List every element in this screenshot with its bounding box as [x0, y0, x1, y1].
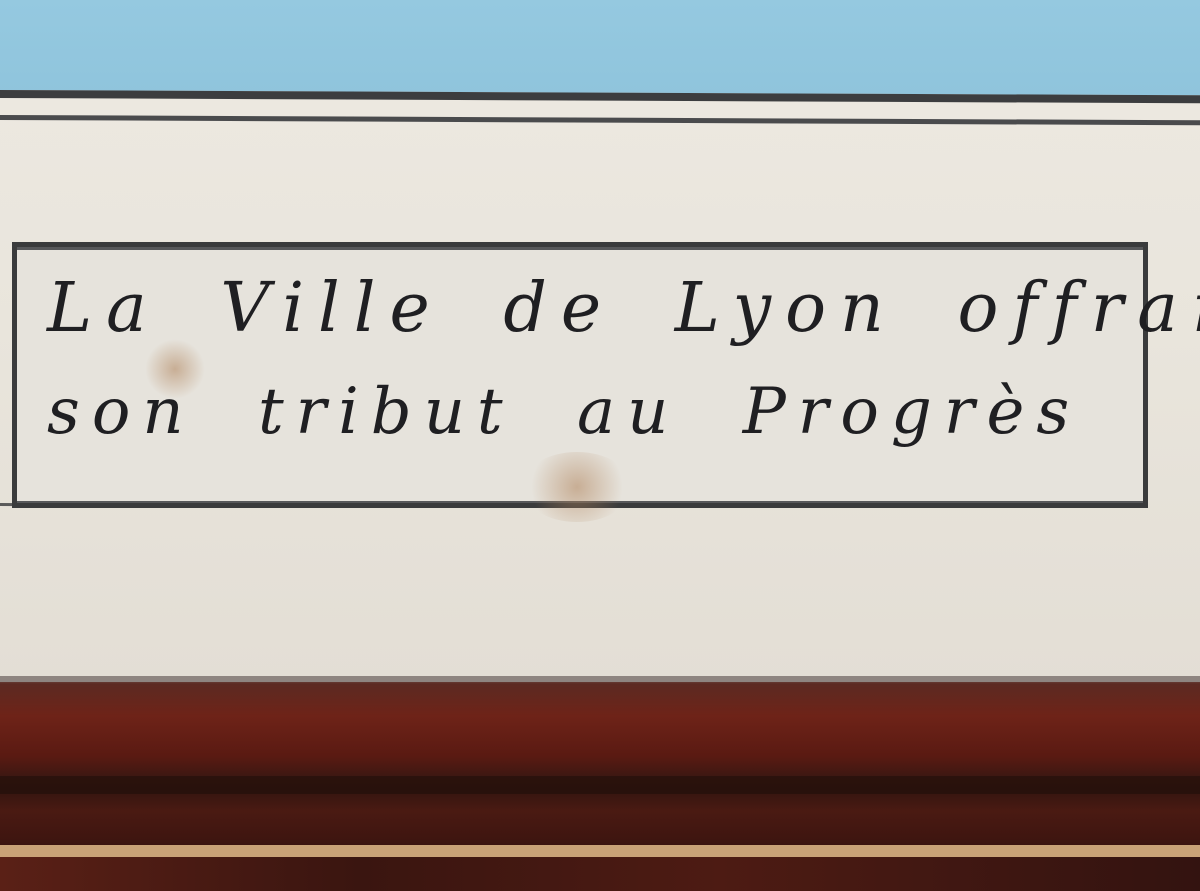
frame-groove	[0, 776, 1200, 794]
label-line-2: son tribut au Progrès	[47, 375, 1081, 449]
mat-border-line-inner	[0, 115, 1200, 125]
background-wall	[0, 0, 1200, 100]
frame-edge	[0, 676, 1200, 682]
handwritten-label: La Ville de Lyon offrant son tribut au P…	[12, 242, 1148, 508]
frame-inlay-stripe	[0, 845, 1200, 857]
paper-stain	[522, 452, 632, 522]
label-line-1: La Ville de Lyon offrant	[47, 269, 1200, 348]
frame-bottom	[0, 857, 1200, 891]
